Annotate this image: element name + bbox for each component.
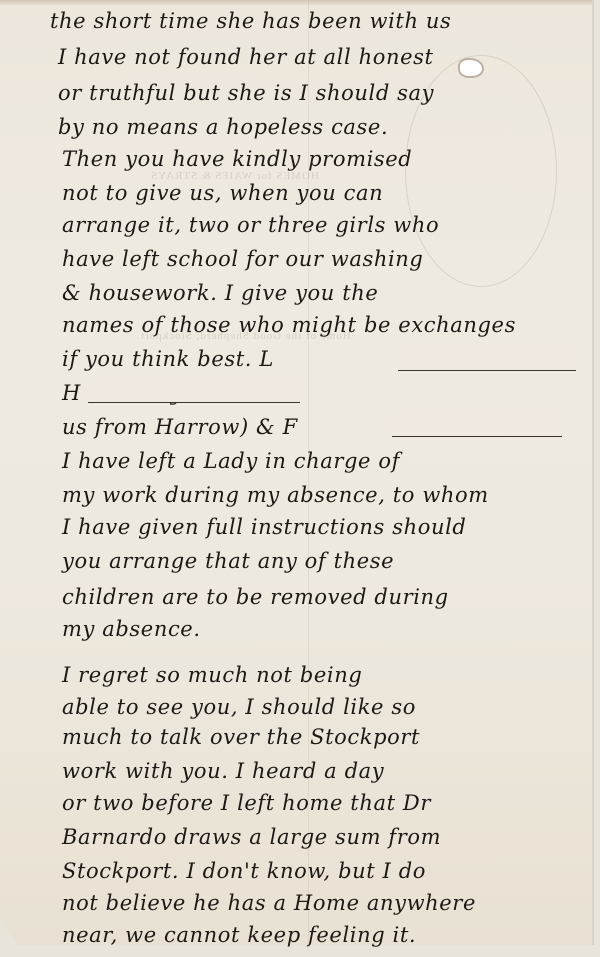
text-line: you arrange that any of these [62, 548, 586, 574]
text-line: I have left a Lady in charge of [62, 448, 586, 474]
text-line: I have not found her at all honest [58, 44, 586, 70]
handwritten-text: the short time she has been with us I ha… [0, 0, 600, 957]
text-line: I have given full instructions should [62, 514, 586, 540]
text-line: able to see you, I should like so [62, 694, 586, 720]
text-line: Stockport. I don't know, but I do [62, 858, 586, 884]
text-line: my absence. [62, 616, 586, 642]
text-line: Barnardo draws a large sum from [62, 824, 586, 850]
text-line: by no means a hopeless case. [58, 114, 586, 140]
text-line: the short time she has been with us [50, 8, 586, 34]
text-line: much to talk over the Stockport [62, 724, 586, 750]
text-line: & housework. I give you the [62, 280, 586, 306]
text-line: work with you. I heard a day [62, 758, 586, 784]
text-line: I regret so much not being [62, 662, 586, 688]
text-line: Then you have kindly promised [62, 146, 586, 172]
text-line: not believe he has a Home anywhere [62, 890, 586, 916]
redaction-box [392, 412, 562, 437]
text-line: arrange it, two or three girls who [62, 212, 586, 238]
redaction-box [88, 378, 300, 403]
text-line: have left school for our washing [62, 246, 586, 272]
text-line: or two before I left home that Dr [62, 790, 586, 816]
text-line: not to give us, when you can [62, 180, 586, 206]
text-line: children are to be removed during [62, 584, 586, 610]
text-line: my work during my absence, to whom [62, 482, 586, 508]
text-line: or truthful but she is I should say [58, 80, 586, 106]
redaction-box [398, 346, 576, 371]
text-line: near, we cannot keep feeling it. [62, 922, 586, 948]
text-line: names of those who might be exchanges [62, 312, 586, 338]
